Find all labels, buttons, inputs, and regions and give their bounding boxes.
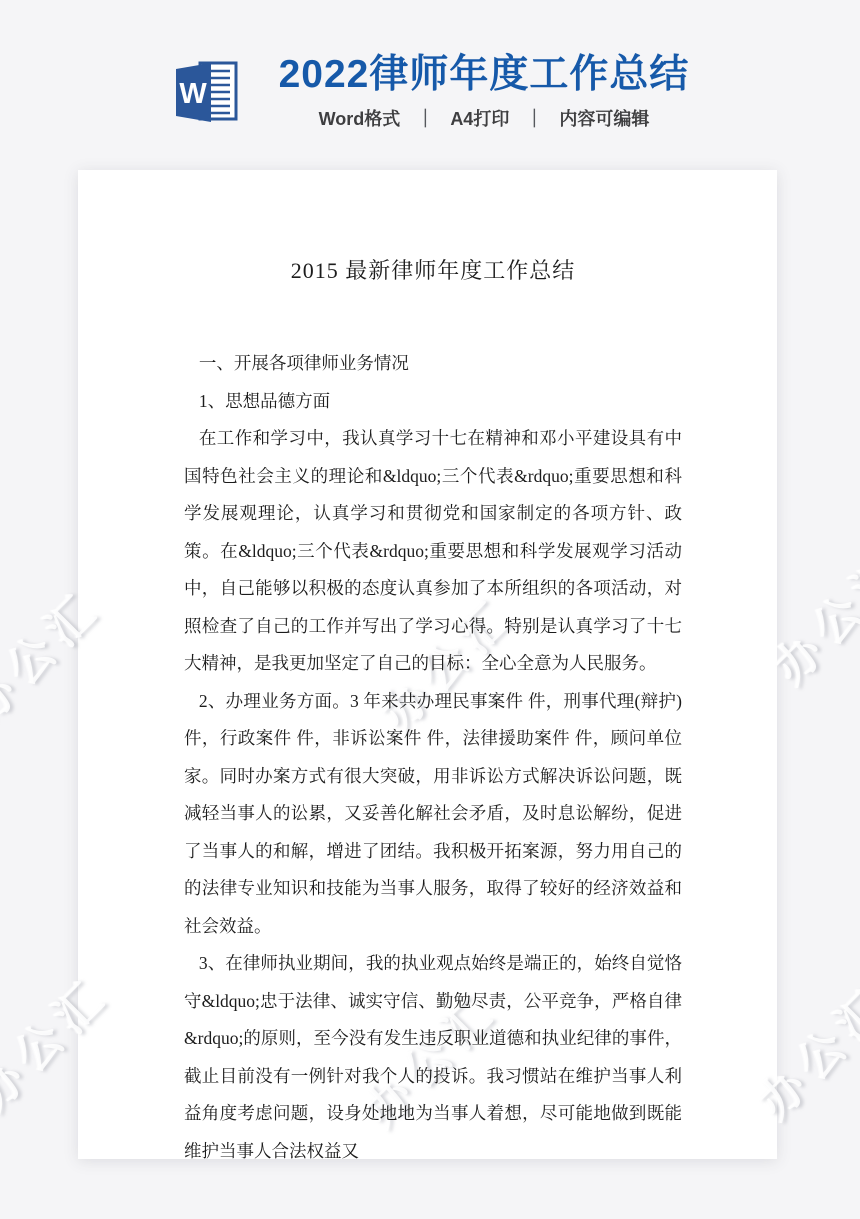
doc-paragraph: 3、在律师执业期间，我的执业观点始终是端正的，始终自觉恪守&ldquo;忠于法律… bbox=[184, 945, 682, 1170]
format-print-label: A4打印 bbox=[450, 105, 509, 131]
format-word-label: Word格式 bbox=[319, 105, 401, 131]
page-background: W 2022律师年度工作总结 Word格式 ｜ A4打印 ｜ 内容可编辑 办公汇… bbox=[0, 0, 860, 1219]
doc-section-heading: 一、开展各项律师业务情况 bbox=[184, 345, 682, 383]
format-info-bar: Word格式 ｜ A4打印 ｜ 内容可编辑 bbox=[319, 105, 650, 131]
word-icon-graphic: W bbox=[171, 56, 241, 128]
header: W 2022律师年度工作总结 Word格式 ｜ A4打印 ｜ 内容可编辑 bbox=[0, 0, 860, 131]
document-body: 一、开展各项律师业务情况 1、思想品德方面 在工作和学习中，我认真学习十七在精神… bbox=[184, 345, 682, 1170]
separator-bar: ｜ bbox=[525, 105, 543, 131]
format-editable-label: 内容可编辑 bbox=[559, 105, 649, 131]
doc-paragraph: 2、办理业务方面。3 年来共办理民事案件 件，刑事代理(辩护)件，行政案件 件，… bbox=[184, 683, 682, 946]
separator-bar: ｜ bbox=[416, 105, 434, 131]
doc-paragraph: 在工作和学习中，我认真学习十七在精神和邓小平建设具有中国特色社会主义的理论和&l… bbox=[184, 420, 682, 683]
document-content: 2015 最新律师年度工作总结 一、开展各项律师业务情况 1、思想品德方面 在工… bbox=[78, 170, 777, 1159]
header-text-block: 2022律师年度工作总结 Word格式 ｜ A4打印 ｜ 内容可编辑 bbox=[279, 52, 690, 131]
word-icon: W bbox=[171, 56, 241, 128]
doc-sub-heading: 1、思想品德方面 bbox=[184, 383, 682, 421]
word-icon-letter: W bbox=[179, 78, 207, 110]
page-title: 2022律师年度工作总结 bbox=[279, 52, 690, 98]
document-title: 2015 最新律师年度工作总结 bbox=[184, 256, 682, 286]
